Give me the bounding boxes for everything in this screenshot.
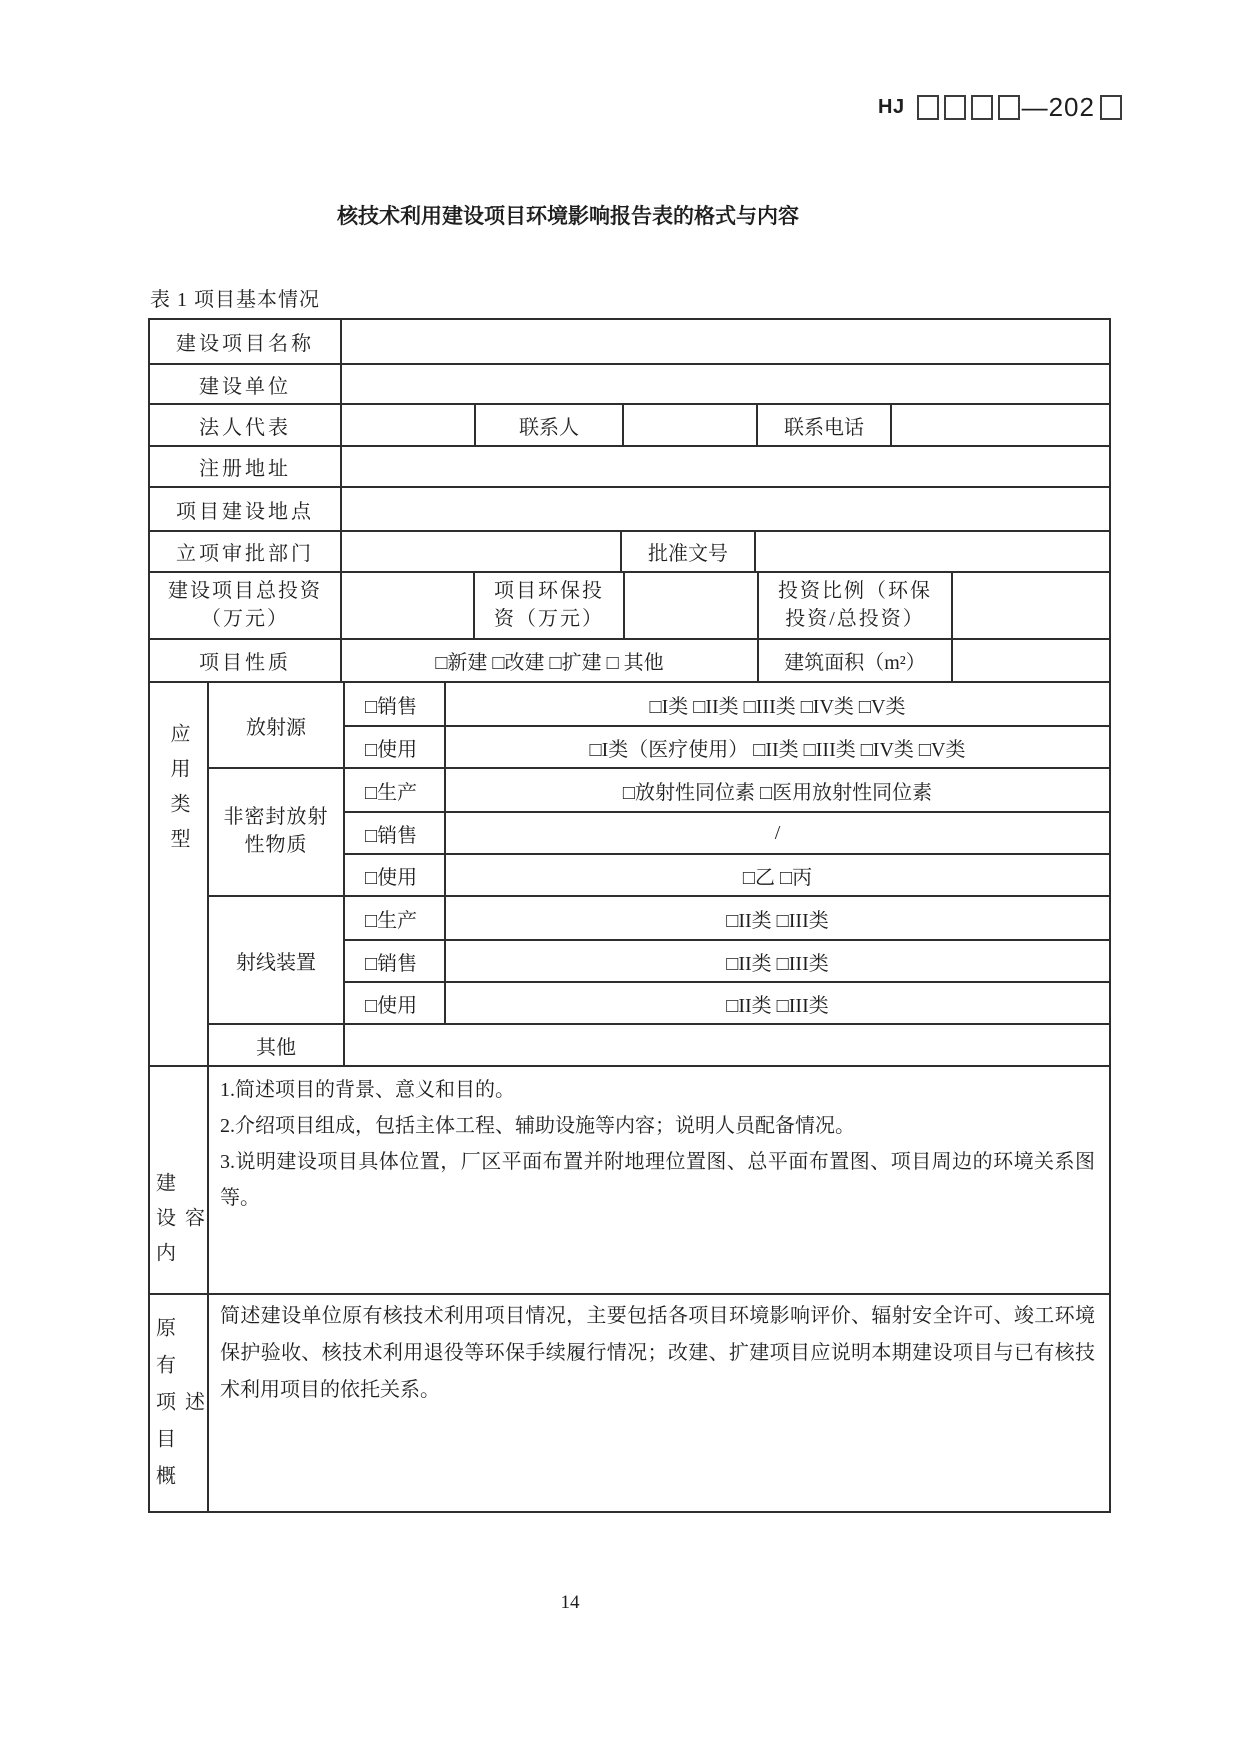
table-row: □使用 □II类 □III类: [343, 981, 1109, 1023]
contact-person-value-cell: [622, 405, 756, 445]
total-investment-label: 建设项目总投资（万元）: [150, 573, 340, 638]
previous-project-overview-label: 原有项目概述: [150, 1295, 207, 1511]
blank-box-icon: [971, 95, 993, 120]
previous-project-overview-text: 简述建设单位原有核技术利用项目情况，主要包括各项目环境影响评价、辐射安全许可、竣…: [207, 1295, 1109, 1511]
investment-ratio-value-cell: [951, 573, 1109, 638]
blank-box-icon: [998, 95, 1020, 120]
application-type-body: 放射源 □销售 □I类 □II类 □III类 □IV类 □V类 □使用 □I类（…: [207, 683, 1109, 1065]
group-ray-device: 射线装置 □生产 □II类 □III类 □销售 □II类 □III类 □使用 □…: [207, 895, 1109, 1023]
project-basic-info-table: 建设项目名称 建设单位 法人代表 联系人 联系电话 注册地址 项目建设地点 立项…: [148, 318, 1111, 1513]
legal-representative-label: 法人代表: [150, 405, 340, 445]
source-use-class-options: □I类（医疗使用） □II类 □III类 □IV类 □V类: [444, 727, 1109, 767]
construction-content-section: 建设内容 1.简述项目的背景、意义和目的。 2.介绍项目组成，包括主体工程、辅助…: [150, 1065, 1109, 1293]
project-location-value-cell: [340, 488, 1109, 530]
registered-address-label: 注册地址: [150, 447, 340, 486]
building-area-label: 建筑面积（m²）: [757, 640, 951, 681]
construction-content-label: 建设内容: [150, 1067, 207, 1293]
group-rows: □销售 □I类 □II类 □III类 □IV类 □V类 □使用 □I类（医疗使用…: [343, 683, 1109, 767]
device-produce-options: □II类 □III类: [444, 897, 1109, 939]
investment-ratio-label: 投资比例（环保投资/总投资）: [757, 573, 951, 638]
group-radioactive-source: 放射源 □销售 □I类 □II类 □III类 □IV类 □V类 □使用 □I类（…: [207, 683, 1109, 767]
table-row: □生产 □放射性同位素 □医用放射性同位素: [343, 769, 1109, 811]
construction-content-line: 1.简述项目的背景、意义和目的。: [220, 1072, 1095, 1108]
table-row: 建设单位: [150, 363, 1109, 403]
contact-person-label: 联系人: [474, 405, 622, 445]
table-row: □使用 □I类（医疗使用） □II类 □III类 □IV类 □V类: [343, 725, 1109, 767]
activity-sell-checkbox: □销售: [343, 941, 444, 981]
standard-number-header: HJ —202: [878, 90, 1122, 124]
table-row: □销售 /: [343, 811, 1109, 853]
group-radioactive-source-label: 放射源: [207, 683, 343, 767]
group-other: 其他: [207, 1023, 1109, 1065]
other-label: 其他: [207, 1025, 343, 1065]
table-row: 建设项目名称: [150, 320, 1109, 363]
approval-document-no-label: 批准文号: [620, 532, 754, 571]
group-unsealed-material-label: 非密封放射性物质: [207, 769, 343, 895]
previous-project-overview-section: 原有项目概述 简述建设单位原有核技术利用项目情况，主要包括各项目环境影响评价、辐…: [150, 1293, 1109, 1511]
group-rows: □生产 □II类 □III类 □销售 □II类 □III类 □使用 □II类 □…: [343, 897, 1109, 1023]
unsealed-sell-options: /: [444, 813, 1109, 853]
document-title: 核技术利用建设项目环境影响报告表的格式与内容: [0, 200, 1136, 230]
table-row: □销售 □II类 □III类: [343, 939, 1109, 981]
table-caption: 表 1 项目基本情况: [150, 283, 320, 312]
env-protection-investment-label: 项目环保投资（万元）: [473, 573, 623, 638]
page-number: 14: [0, 1592, 1140, 1614]
standard-prefix: HJ: [878, 96, 905, 119]
activity-sell-checkbox: □销售: [343, 813, 444, 853]
construction-content-text: 1.简述项目的背景、意义和目的。 2.介绍项目组成，包括主体工程、辅助设施等内容…: [207, 1067, 1109, 1293]
activity-use-checkbox: □使用: [343, 727, 444, 767]
blank-box-icon: [1100, 95, 1122, 120]
table-row: 建设项目总投资（万元） 项目环保投资（万元） 投资比例（环保投资/总投资）: [150, 571, 1109, 638]
construction-unit-label: 建设单位: [150, 365, 340, 403]
table-row: 注册地址: [150, 445, 1109, 486]
other-value-cell: [343, 1025, 1109, 1065]
activity-produce-checkbox: □生产: [343, 769, 444, 811]
application-type-label: 应用类型: [150, 683, 207, 1065]
table-row: 法人代表 联系人 联系电话: [150, 403, 1109, 445]
registered-address-value-cell: [340, 447, 1109, 486]
group-ray-device-label: 射线装置: [207, 897, 343, 1023]
construction-unit-value-cell: [340, 365, 1109, 403]
approval-department-value-cell: [340, 532, 620, 571]
project-name-value-cell: [340, 320, 1109, 363]
contact-phone-value-cell: [890, 405, 1109, 445]
project-name-label: 建设项目名称: [150, 320, 340, 363]
group-unsealed-material: 非密封放射性物质 □生产 □放射性同位素 □医用放射性同位素 □销售 / □使用…: [207, 767, 1109, 895]
source-sell-class-options: □I类 □II类 □III类 □IV类 □V类: [444, 683, 1109, 725]
unsealed-use-options: □乙 □丙: [444, 855, 1109, 895]
env-protection-investment-value-cell: [623, 573, 757, 638]
activity-produce-checkbox: □生产: [343, 897, 444, 939]
activity-sell-checkbox: □销售: [343, 683, 444, 725]
table-row: 项目性质 □新建 □改建 □扩建 □ 其他 建筑面积（m²）: [150, 638, 1109, 681]
table-row: 项目建设地点: [150, 486, 1109, 530]
group-rows: □生产 □放射性同位素 □医用放射性同位素 □销售 / □使用 □乙 □丙: [343, 769, 1109, 895]
blank-box-icon: [944, 95, 966, 120]
activity-use-checkbox: □使用: [343, 983, 444, 1023]
device-use-options: □II类 □III类: [444, 983, 1109, 1023]
project-nature-label: 项目性质: [150, 640, 340, 681]
approval-department-label: 立项审批部门: [150, 532, 340, 571]
blank-box-icon: [917, 95, 939, 120]
total-investment-value-cell: [340, 573, 473, 638]
device-sell-options: □II类 □III类: [444, 941, 1109, 981]
activity-use-checkbox: □使用: [343, 855, 444, 895]
construction-content-line: 2.介绍项目组成，包括主体工程、辅助设施等内容；说明人员配备情况。: [220, 1108, 1095, 1144]
legal-representative-value-cell: [340, 405, 474, 445]
building-area-value-cell: [951, 640, 1109, 681]
standard-year-text: —202: [1022, 92, 1095, 123]
contact-phone-label: 联系电话: [756, 405, 890, 445]
table-row: □生产 □II类 □III类: [343, 897, 1109, 939]
unsealed-produce-options: □放射性同位素 □医用放射性同位素: [444, 769, 1109, 811]
approval-document-no-value-cell: [754, 532, 1109, 571]
application-type-section: 应用类型 放射源 □销售 □I类 □II类 □III类 □IV类 □V类 □使用…: [150, 681, 1109, 1065]
project-location-label: 项目建设地点: [150, 488, 340, 530]
table-row: □使用 □乙 □丙: [343, 853, 1109, 895]
project-nature-options: □新建 □改建 □扩建 □ 其他: [340, 640, 757, 681]
table-row: □销售 □I类 □II类 □III类 □IV类 □V类: [343, 683, 1109, 725]
table-row: 立项审批部门 批准文号: [150, 530, 1109, 571]
construction-content-line: 3.说明建设项目具体位置，厂区平面布置并附地理位置图、总平面布置图、项目周边的环…: [220, 1144, 1095, 1216]
